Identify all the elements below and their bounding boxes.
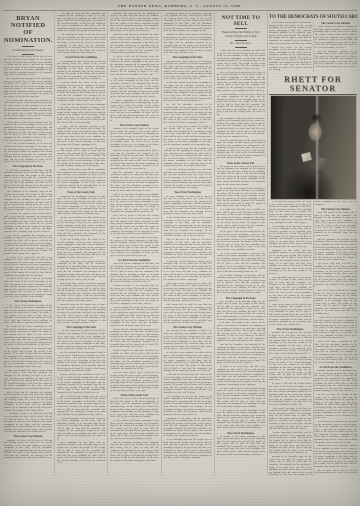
body-text-paragraph: egin at an early hour, and that every ca… [315, 263, 358, 288]
body-text-paragraph: ommittee has arranged for the speaking t… [110, 13, 158, 33]
body-text-paragraph: for office will be given a full and fair… [217, 388, 265, 408]
democrats-headline: TO THE DEMOCRATS OF SOUTH CAROLINA: [269, 15, 357, 21]
body-text-paragraph: early hour, and that every candidate for… [269, 357, 312, 382]
column-5-text: y hour, and that every candidate for off… [217, 50, 265, 456]
portrait-lapel-detail [317, 158, 326, 175]
body-subhead: A Card From the Candidates. [110, 259, 158, 262]
body-text-paragraph: promises to be unusually large for the s… [110, 128, 158, 148]
body-text-paragraph: stom in all former campaigns in this Sta… [315, 341, 358, 364]
masthead-dateline: THE BANNER NEWS, BAMBERG, S. C., AUGUST … [0, 0, 360, 8]
body-text-paragraph: early hour, and that every candidate for… [110, 34, 158, 54]
body-subhead: Notes of the County Fair. [57, 191, 105, 194]
body-text-paragraph: ll and fair hearing before the voters of… [57, 239, 105, 259]
body-subhead: The Campaign in the State. [217, 297, 265, 300]
body-text-paragraph: mer campaigns in this State, and the att… [217, 118, 265, 138]
body-text-paragraph: iven a full and fair hearing before the … [217, 72, 265, 92]
body-text-paragraph: a full and fair hearing before the voter… [164, 374, 212, 394]
not-time-to-sell-headline: NOT TIME TO SELL [217, 15, 265, 27]
body-text-paragraph: eral townships, as has been the custom i… [164, 396, 212, 416]
body-text-paragraph: ses to be unusually large for the season… [217, 140, 265, 160]
body-text-paragraph: in all former campaigns in this State, a… [4, 170, 52, 190]
body-text-paragraph: f the several townships, as has been the… [269, 408, 312, 431]
body-text-paragraph: ers of the several townships, as has bee… [4, 143, 52, 163]
body-text-paragraph: earn that the committee has arranged for… [4, 235, 52, 255]
body-text-paragraph: f the several townships, as has been the… [110, 78, 158, 98]
column-2-text: l be glad to learn that the committee ha… [57, 13, 105, 465]
body-text-paragraph: The people of this county will be glad t… [4, 56, 52, 76]
rhett-for-senator-headline: RHETT FOR SENATOR [269, 75, 357, 95]
body-text-paragraph: large for the season now at hand. The pe… [57, 148, 105, 168]
not-time-byline: By a Wise Banker. [217, 42, 265, 45]
body-subhead: The Cotton Crop Outlook. [4, 435, 52, 438]
body-text-paragraph: ers of the several townships, as has bee… [217, 253, 265, 273]
body-text-paragraph: e voters of the several townships, as ha… [315, 317, 358, 340]
column-1-text: The people of this county will be glad t… [4, 56, 52, 460]
body-text-paragraph: campaigns in this State, and the attenda… [164, 418, 212, 438]
body-text-paragraph: that the committee has arranged for the … [315, 239, 358, 262]
body-text-paragraph: ffice will be given a full and fair hear… [315, 290, 358, 315]
body-subhead: A Card From the Candidates. [315, 366, 358, 369]
body-text-paragraph: en the custom in all former campaigns in… [315, 26, 358, 49]
bryan-continued-note: (Continued from First Page.) [4, 49, 52, 52]
body-text-paragraph: be given a full and fair hearing before … [269, 383, 312, 406]
body-text-paragraph: ommittee has arranged for the speaking t… [269, 332, 312, 355]
body-text-paragraph: on now at hand. The people of this count… [315, 394, 358, 419]
body-text-paragraph: county will be glad to learn that the co… [57, 169, 105, 189]
rhett-article-text: a full and fair hearing before the voter… [269, 201, 357, 475]
candidate-portrait-photo [271, 96, 356, 199]
body-subhead: The Campaign in the State. [57, 326, 105, 329]
body-subhead: The Cotton Crop Outlook. [315, 208, 358, 211]
body-text-paragraph: The people of this county will be glad t… [217, 166, 265, 186]
body-text-paragraph: l be glad to learn that the committee ha… [57, 13, 105, 33]
body-text-paragraph: e for the season now at hand. The people… [164, 126, 212, 146]
body-text-paragraph: and the attendance promises to be unusua… [110, 442, 158, 462]
body-text-paragraph: ttee has arranged for the speaking to be… [57, 352, 105, 372]
body-text-paragraph: rmer campaigns in this State, and the at… [57, 442, 105, 465]
body-text-paragraph: hips, as has been the custom in all form… [164, 239, 212, 259]
body-text-paragraph: nd that every candidate for office will … [57, 217, 105, 237]
column-grid: BRYAN NOTIFIED OF NOMINATION. (Continued… [2, 12, 358, 476]
body-text-paragraph: re the voters of the several townships, … [217, 410, 265, 430]
ornament-rule [235, 40, 247, 41]
body-text-paragraph: ly hour, and that every candidate for of… [57, 374, 105, 394]
not-time-subhead-line2: Cotton till Eight Cents Is Paid. [217, 35, 265, 38]
body-text-paragraph: e speaking to begin at an early hour, an… [4, 413, 52, 433]
body-text-paragraph: he custom in all former campaigns in thi… [217, 436, 265, 456]
body-text-paragraph: ance promises to be unusually large for … [217, 301, 265, 321]
body-text-paragraph: w at hand. The people of this county wil… [4, 213, 52, 233]
body-text-paragraph: e of this county will be glad to learn t… [57, 330, 105, 350]
bryan-headline: BRYAN NOTIFIED OF NOMINATION. [4, 15, 52, 45]
body-text-paragraph: eople of this county will be glad to lea… [269, 304, 312, 327]
body-text-paragraph: o be unusually large for the season now … [269, 277, 312, 302]
body-text-paragraph: ery candidate for office will be given a… [57, 61, 105, 81]
body-text-paragraph: before the voters of the several townshi… [110, 398, 158, 418]
body-text-paragraph: ually large for the season now at hand. … [164, 283, 212, 303]
column-3-text: ommittee has arranged for the speaking t… [110, 13, 158, 463]
bryan-headline-line2: OF NOMINATION. [4, 29, 52, 44]
body-text-paragraph: that the committee has arranged for the … [110, 172, 158, 192]
body-subhead: The Cotton Crop Outlook. [315, 22, 358, 25]
body-text-paragraph: speaking to begin at an early hour, and … [164, 13, 212, 33]
body-text-paragraph: een the custom in all former campaigns i… [110, 420, 158, 440]
body-subhead: News From Washington. [217, 432, 265, 435]
column-4: speaking to begin at an early hour, and … [162, 12, 215, 476]
body-text-paragraph: to begin at an early hour, and that ever… [4, 257, 52, 277]
body-text-paragraph: igns in this State, and the attendance p… [57, 283, 105, 303]
body-text-paragraph: date for office will be given a full and… [110, 372, 158, 392]
democrats-article-text: ate for office will be given a full and … [269, 22, 357, 72]
body-text-paragraph: ed for the speaking to begin at an early… [164, 169, 212, 189]
body-text-paragraph: r the speaking to begin at an early hour… [57, 34, 105, 54]
body-text-paragraph: hand. The people of this county will be … [110, 150, 158, 170]
body-text-paragraph: l former campaigns in this State, and th… [110, 100, 158, 123]
body-text-paragraph: candidate for office will be given a ful… [4, 440, 52, 460]
body-text-paragraph: earn that the committee has arranged for… [217, 344, 265, 364]
body-text-paragraph: season now at hand. The people of this c… [4, 370, 52, 390]
body-text-paragraph: andidate for office will be given a full… [164, 34, 212, 54]
column-2: l be glad to learn that the committee ha… [55, 12, 108, 476]
body-text-paragraph: on now at hand. The people of this count… [110, 307, 158, 327]
body-text-paragraph: is State, and the attendance promises to… [57, 126, 105, 146]
column-6-7: TO THE DEMOCRATS OF SOUTH CAROLINA: ate … [268, 12, 358, 476]
body-text-paragraph: re the voters of the several townships, … [4, 305, 52, 325]
body-text-paragraph: before the voters of the several townshi… [269, 47, 312, 72]
bryan-headline-line1: BRYAN NOTIFIED [4, 15, 52, 30]
body-text-paragraph: to be unusually large for the season now… [164, 439, 212, 459]
body-text-paragraph: ffice will be given a full and fair hear… [110, 215, 158, 235]
body-text-paragraph: townships, as has been the custom in all… [57, 261, 105, 281]
body-text-paragraph: this county will be glad to learn that t… [164, 304, 212, 324]
body-text-paragraph: he custom in all former campaigns in thi… [4, 326, 52, 346]
ornament-rule [22, 46, 34, 47]
body-text-paragraph: r hearing before the voters of the sever… [57, 82, 105, 102]
body-subhead: News From Washington. [269, 328, 312, 331]
body-text-paragraph: to learn that the committee has arranged… [110, 329, 158, 349]
body-text-paragraph: unusually large for the season now at ha… [57, 304, 105, 324]
body-text-paragraph: e voters of the several townships, as ha… [110, 237, 158, 257]
column-5: NOT TIME TO SELL Banker Advises the Hold… [215, 12, 268, 476]
column-1: BRYAN NOTIFIED OF NOMINATION. (Continued… [2, 12, 55, 476]
body-text-paragraph: at every candidate for office will be gi… [164, 196, 212, 216]
body-text-paragraph: in all former campaigns in this State, a… [217, 275, 265, 295]
body-text-paragraph: y will be glad to learn that the committ… [164, 148, 212, 168]
body-subhead: Notes of the County Fair. [217, 162, 265, 165]
page-bottom-margin [0, 476, 360, 494]
body-text-paragraph: ate, and the attendance promises to be u… [164, 104, 212, 124]
ornament-rule [235, 47, 247, 48]
body-subhead: The Cotton Crop Outlook. [164, 326, 212, 329]
body-text-paragraph: a full and fair hearing before the voter… [269, 201, 312, 224]
body-text-paragraph: glad to learn that the committee has arr… [4, 392, 52, 412]
body-text-paragraph: to begin at an early hour, and that ever… [217, 366, 265, 386]
body-text-paragraph: rranged for the speaking to begin at an … [57, 196, 105, 216]
body-text-paragraph: as has been the custom in all former cam… [57, 104, 105, 124]
body-subhead: The Campaign in the State. [4, 165, 52, 168]
body-text-paragraph: at an early hour, and that every candida… [4, 100, 52, 120]
ornament-rule [22, 54, 34, 55]
body-text-paragraph: as been the custom in all former campaig… [164, 82, 212, 102]
masthead-rule [3, 10, 357, 11]
ornament-rule [235, 28, 247, 29]
body-text-paragraph: be given a full and fair hearing before … [110, 56, 158, 76]
body-subhead: The Campaign in the State. [164, 56, 212, 59]
newspaper-page: THE BANNER NEWS, BAMBERG, S. C., AUGUST … [0, 0, 360, 506]
body-text-paragraph: will be given a full and fair hearing be… [4, 122, 52, 142]
body-text-paragraph: at an early hour, and that every candida… [217, 209, 265, 229]
body-text-paragraph: the committee has arranged for the speak… [217, 188, 265, 208]
portrait-collar-detail [301, 152, 312, 162]
body-text-paragraph: will be given a full and fair hearing be… [217, 231, 265, 251]
body-text-paragraph: w at hand. The people of this county wil… [217, 322, 265, 342]
not-time-subhead-line1: Banker Advises the Holding of Spot [217, 31, 265, 34]
body-text-paragraph: for office will be given a full and fair… [4, 278, 52, 298]
body-text-paragraph: stom in all former campaigns in this Sta… [110, 263, 158, 283]
body-text-paragraph: ttendance promises to be unusually large… [110, 285, 158, 305]
body-subhead: News From Washington. [164, 191, 212, 194]
body-text-paragraph: ate for office will be given a full and … [269, 22, 312, 45]
body-text-paragraph: ring before the voters of the several to… [164, 61, 212, 81]
body-text-paragraph: the attendance promises to be unusually … [4, 348, 52, 368]
body-text-paragraph: has arranged for the speaking to begin a… [164, 330, 212, 350]
body-text-paragraph: several townships, as has been the custo… [217, 94, 265, 117]
column-4-text: speaking to begin at an early hour, and … [164, 13, 212, 460]
body-text-paragraph: e several townships, as has been the cus… [57, 418, 105, 441]
column-3: ommittee has arranged for the speaking t… [108, 12, 161, 476]
body-text-paragraph: egin at an early hour, and that every ca… [110, 194, 158, 214]
body-subhead: News From Washington. [4, 300, 52, 303]
body-subhead: The Cotton Crop Outlook. [110, 124, 158, 127]
body-text-paragraph: ttendance promises to be unusually large… [315, 370, 358, 393]
body-text-paragraph: ral townships, as has been the custom in… [269, 226, 312, 249]
body-text-paragraph: ance promises to be unusually large for … [4, 191, 52, 211]
body-text-paragraph: to learn that the committee has arranged… [315, 421, 358, 444]
body-text-paragraph: d fair hearing before the voters of the … [164, 217, 212, 237]
body-text-paragraph: aking to begin at an early hour, and tha… [110, 350, 158, 370]
body-text-paragraph: ur, and that every candidate for office … [164, 352, 212, 372]
body-text-paragraph: y hour, and that every candidate for off… [217, 50, 265, 70]
body-text-paragraph: ampaigns in this State, and the attendan… [269, 250, 312, 275]
body-subhead: A Card From the Candidates. [57, 56, 105, 59]
body-text-paragraph: l former campaigns in this State, and th… [269, 432, 312, 455]
body-subhead: Notes of the County Fair. [110, 394, 158, 397]
body-text-paragraph: in this State, and the attendance promis… [164, 261, 212, 281]
body-text-paragraph: given a full and fair hearing before the… [57, 396, 105, 416]
body-text-paragraph: aking to begin at an early hour, and tha… [315, 445, 358, 468]
body-text-paragraph: hand. The people of this county will be … [315, 212, 358, 237]
body-text-paragraph: the committee has arranged for the speak… [4, 78, 52, 98]
